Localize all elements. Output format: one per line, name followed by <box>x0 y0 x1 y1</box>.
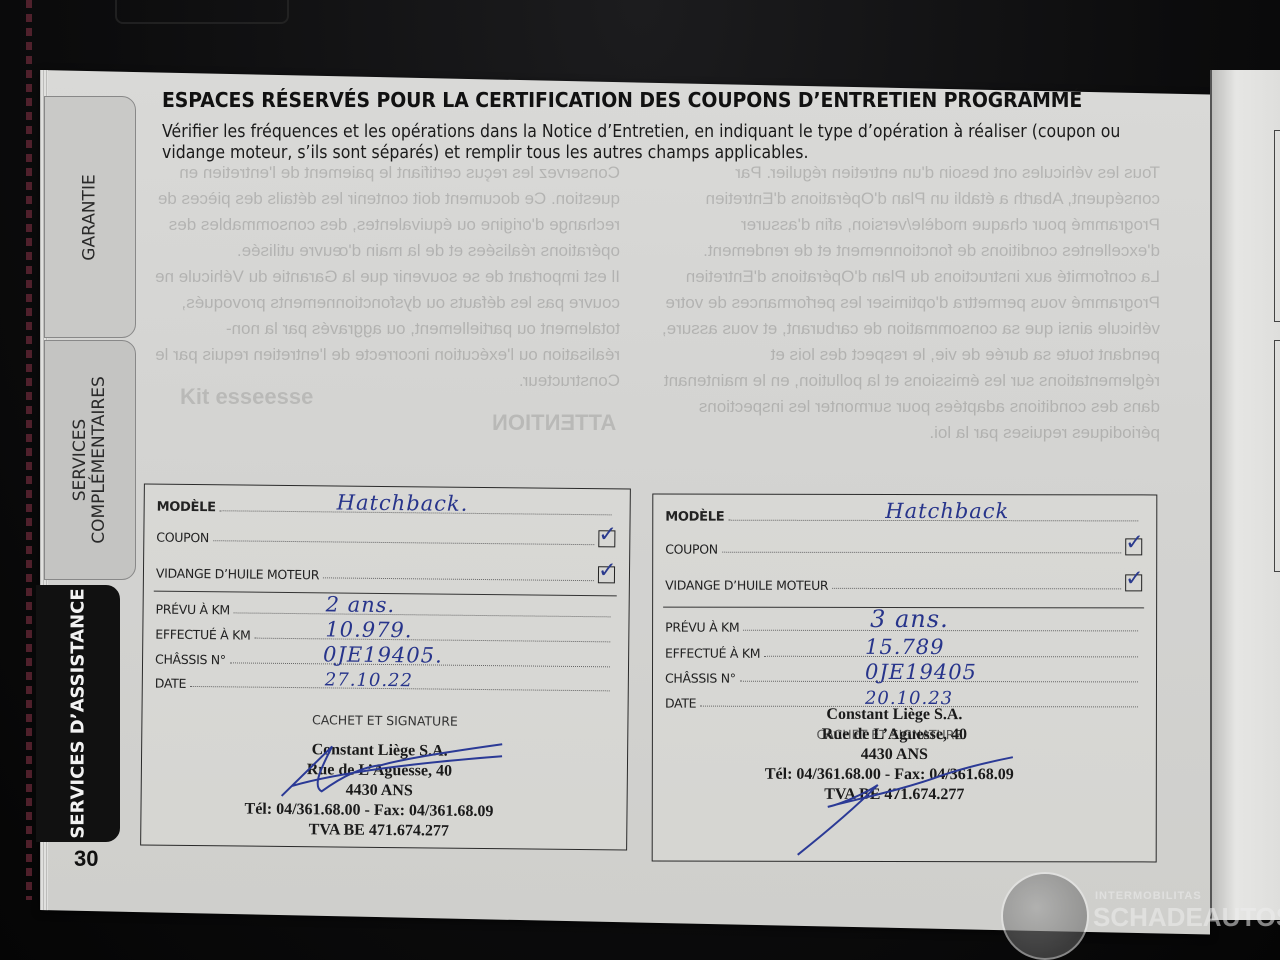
planned-km-value[interactable]: 3 ans. <box>870 605 949 633</box>
coupon-label: COUPON <box>156 530 209 546</box>
maintenance-coupon-2: MODÈLE Hatchback COUPON ✓ VIDANGE D’HUIL… <box>652 494 1158 863</box>
bleed-through-text-left: Conservez les reçus certifiant le paieme… <box>150 160 620 394</box>
chassis-value[interactable]: 0JE19405. <box>323 642 443 667</box>
coupon-row: COUPON ✓ <box>665 535 1142 558</box>
stamp-city: 4430 ANS <box>633 745 1156 766</box>
watermark-small-text: INTERMOBILITAS <box>1095 890 1202 902</box>
dealer-stamp: Constant Liège S.A. Rue de L’Aguesse, 40… <box>633 705 1156 806</box>
intro-paragraph: Vérifier les fréquences et les opération… <box>162 122 1134 164</box>
dotted-line <box>254 637 610 643</box>
chassis-row: CHÂSSIS N° 0JE19405 <box>665 664 1142 687</box>
tab-services-complementaires[interactable]: SERVICESCOMPLÉMENTAIRES <box>44 340 136 580</box>
done-km-label: EFFECTUÉ À KM <box>155 627 250 643</box>
checkmark-icon: ✓ <box>598 522 617 547</box>
done-km-row: EFFECTUÉ À KM 15.789 <box>665 639 1142 662</box>
page-number: 30 <box>74 846 98 872</box>
dotted-line <box>832 587 1121 590</box>
oil-change-checkbox[interactable]: ✓ <box>1125 574 1142 591</box>
date-row: DATE 27.10.22 <box>155 669 614 696</box>
dealer-stamp: Constant Liège S.A. Rue de L’Aguesse, 40… <box>131 738 627 843</box>
stamp-phone: Tél: 04/361.68.00 - Fax: 04/361.68.09 <box>623 765 1156 786</box>
planned-km-label: PRÉVU À KM <box>665 620 739 635</box>
date-label: DATE <box>155 676 186 691</box>
checkmark-icon: ✓ <box>1125 566 1143 591</box>
bleed-through-attention: ATTENTION <box>492 410 616 436</box>
globe-icon <box>1001 872 1089 960</box>
tab-services-assistance[interactable]: SERVICES D’ASSISTANCE <box>36 585 120 842</box>
coupon-row: COUPON ✓ <box>156 523 615 550</box>
chassis-label: CHÂSSIS N° <box>155 652 226 668</box>
coupon-checkbox[interactable]: ✓ <box>598 530 615 547</box>
bleed-through-kit: Kit esseesse <box>180 384 313 410</box>
done-km-value[interactable]: 15.789 <box>865 635 945 659</box>
planned-km-value[interactable]: 2 ans. <box>326 592 396 617</box>
date-value[interactable]: 27.10.22 <box>325 669 413 691</box>
oil-change-label: VIDANGE D’HUILE MOTEUR <box>665 578 828 593</box>
model-row: MODÈLE Hatchback. <box>157 493 616 520</box>
oil-change-label: VIDANGE D’HUILE MOTEUR <box>156 566 319 583</box>
page-title: ESPACES RÉSERVÉS POUR LA CERTIFICATION D… <box>162 88 1082 112</box>
tab-label: SERVICES D’ASSISTANCE <box>69 588 88 838</box>
watermark-brand: SCHADEAUTOS.NL <box>1093 902 1280 933</box>
page-content: GARANTIE SERVICESCOMPLÉMENTAIRES SERVICE… <box>0 0 1280 960</box>
oil-change-checkbox[interactable]: ✓ <box>598 566 615 583</box>
model-label: MODÈLE <box>157 500 216 516</box>
model-value[interactable]: Hatchback. <box>337 490 469 515</box>
chassis-label: CHÂSSIS N° <box>665 671 736 686</box>
done-km-label: EFFECTUÉ À KM <box>665 646 760 661</box>
coupon-label: COUPON <box>665 542 718 557</box>
coupon-checkbox[interactable]: ✓ <box>1125 538 1142 555</box>
stamp-company: Constant Liège S.A. <box>633 705 1156 726</box>
checkmark-icon: ✓ <box>1125 530 1143 555</box>
dotted-line <box>764 655 1138 658</box>
planned-km-label: PRÉVU À KM <box>156 602 230 618</box>
chassis-value[interactable]: 0JE19405 <box>865 660 977 684</box>
chassis-row: CHÂSSIS N° 0JE19405. <box>155 645 614 672</box>
dotted-line <box>213 539 594 545</box>
tab-label: SERVICESCOMPLÉMENTAIRES <box>71 376 109 544</box>
stamp-signature-label: CACHET ET SIGNATURE <box>142 710 627 730</box>
done-km-value[interactable]: 10.979. <box>325 617 412 642</box>
planned-km-row: PRÉVU À KM 3 ans. <box>665 613 1142 636</box>
watermark: INTERMOBILITAS SCHADEAUTOS.NL <box>995 870 1280 960</box>
dotted-line <box>722 551 1121 554</box>
stamp-street: Rue de L’Aguesse, 40 <box>633 725 1156 746</box>
model-row: MODÈLE Hatchback <box>665 503 1142 526</box>
stamp-vat: TVA BE 471.674.277 <box>633 785 1156 806</box>
bleed-through-text-right: Tous les véhicules ont besoin d'un entre… <box>650 160 1160 446</box>
maintenance-coupon-1: MODÈLE Hatchback. COUPON ✓ VIDANGE D’HUI… <box>140 483 631 850</box>
stamp-vat: TVA BE 471.674.277 <box>131 818 626 843</box>
tab-garantie[interactable]: GARANTIE <box>44 96 136 338</box>
oil-change-row: VIDANGE D’HUILE MOTEUR ✓ <box>156 559 615 586</box>
checkmark-icon: ✓ <box>598 558 617 583</box>
dotted-line <box>323 576 594 581</box>
oil-change-row: VIDANGE D’HUILE MOTEUR ✓ <box>665 571 1142 594</box>
dotted-line <box>234 611 611 617</box>
tab-label: GARANTIE <box>80 174 99 260</box>
model-label: MODÈLE <box>665 510 724 525</box>
model-value[interactable]: Hatchback <box>885 499 1009 523</box>
